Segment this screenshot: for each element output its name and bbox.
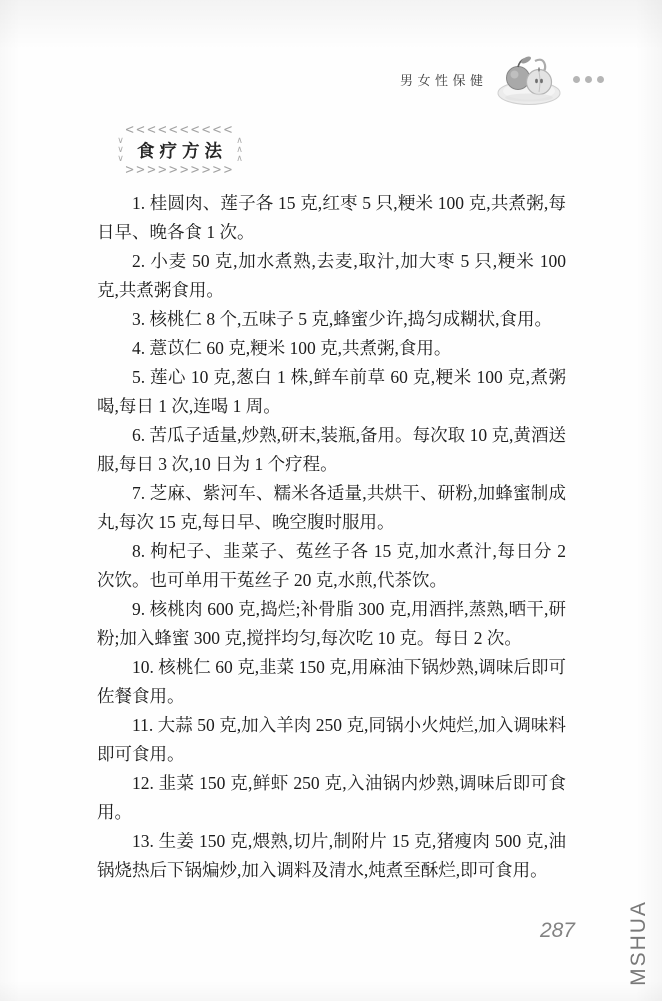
recipe-list: 1. 桂圆肉、莲子各 15 克,红枣 5 只,粳米 100 克,共煮粥,每日早、… bbox=[97, 189, 566, 885]
recipe-item-8: 8. 枸杞子、韭菜子、菟丝子各 15 克,加水煮汁,每日分 2 次饮。也可单用干… bbox=[97, 537, 566, 595]
recipe-item-7: 7. 芝麻、紫河车、糯米各适量,共烘干、研粉,加蜂蜜制成丸,每次 15 克,每日… bbox=[97, 479, 566, 537]
section-badge: <<<<<<<<<< ∨∨∨ 食疗方法 ∧∧∧ >>>>>>>>>> bbox=[115, 125, 245, 176]
apple-plate-icon bbox=[495, 51, 563, 107]
recipe-item-2: 2. 小麦 50 克,加水煮熟,去麦,取汁,加大枣 5 只,粳米 100 克,共… bbox=[97, 247, 566, 305]
dot-icon bbox=[585, 76, 592, 83]
recipe-item-3: 3. 核桃仁 8 个,五味子 5 克,蜂蜜少许,捣匀成糊状,食用。 bbox=[97, 305, 566, 334]
book-title: 男女性保健 bbox=[400, 70, 488, 89]
recipe-item-6: 6. 苦瓜子适量,炒熟,研末,装瓶,备用。每次取 10 克,黄酒送服,每日 3 … bbox=[97, 421, 566, 479]
recipe-item-1: 1. 桂圆肉、莲子各 15 克,红枣 5 只,粳米 100 克,共煮粥,每日早、… bbox=[97, 189, 566, 247]
book-page: 男女性保健 bbox=[0, 0, 662, 1001]
chevron-border-bottom-icon: >>>>>>>>>> bbox=[115, 165, 245, 176]
spine-watermark: MSHUA bbox=[627, 879, 653, 1001]
section-title: 食疗方法 bbox=[133, 138, 227, 163]
recipe-item-5: 5. 莲心 10 克,葱白 1 株,鲜车前草 60 克,粳米 100 克,煮粥喝… bbox=[97, 363, 566, 421]
recipe-item-11: 11. 大蒜 50 克,加入羊肉 250 克,同锅小火炖烂,加入调味料即可食用。 bbox=[97, 711, 566, 769]
running-head: 男女性保健 bbox=[400, 50, 604, 108]
recipe-item-10: 10. 核桃仁 60 克,韭菜 150 克,用麻油下锅炒熟,调味后即可佐餐食用。 bbox=[97, 653, 566, 711]
recipe-item-4: 4. 薏苡仁 60 克,粳米 100 克,共煮粥,食用。 bbox=[97, 334, 566, 363]
recipe-item-9: 9. 核桃肉 600 克,捣烂;补骨脂 300 克,用酒拌,蒸熟,晒干,研粉;加… bbox=[97, 595, 566, 653]
header-dots-icon bbox=[573, 76, 604, 83]
recipe-item-13: 13. 生姜 150 克,煨熟,切片,制附片 15 克,猪瘦肉 500 克,油锅… bbox=[97, 827, 566, 885]
page-number: 287 bbox=[515, 919, 575, 943]
chevron-border-right-icon: ∧∧∧ bbox=[234, 137, 245, 164]
chevron-border-left-icon: ∨∨∨ bbox=[115, 137, 126, 164]
recipe-item-12: 12. 韭菜 150 克,鲜虾 250 克,入油锅内炒熟,调味后即可食用。 bbox=[97, 769, 566, 827]
chevron-border-top-icon: <<<<<<<<<< bbox=[115, 125, 245, 136]
dot-icon bbox=[597, 76, 604, 83]
dot-icon bbox=[573, 76, 580, 83]
